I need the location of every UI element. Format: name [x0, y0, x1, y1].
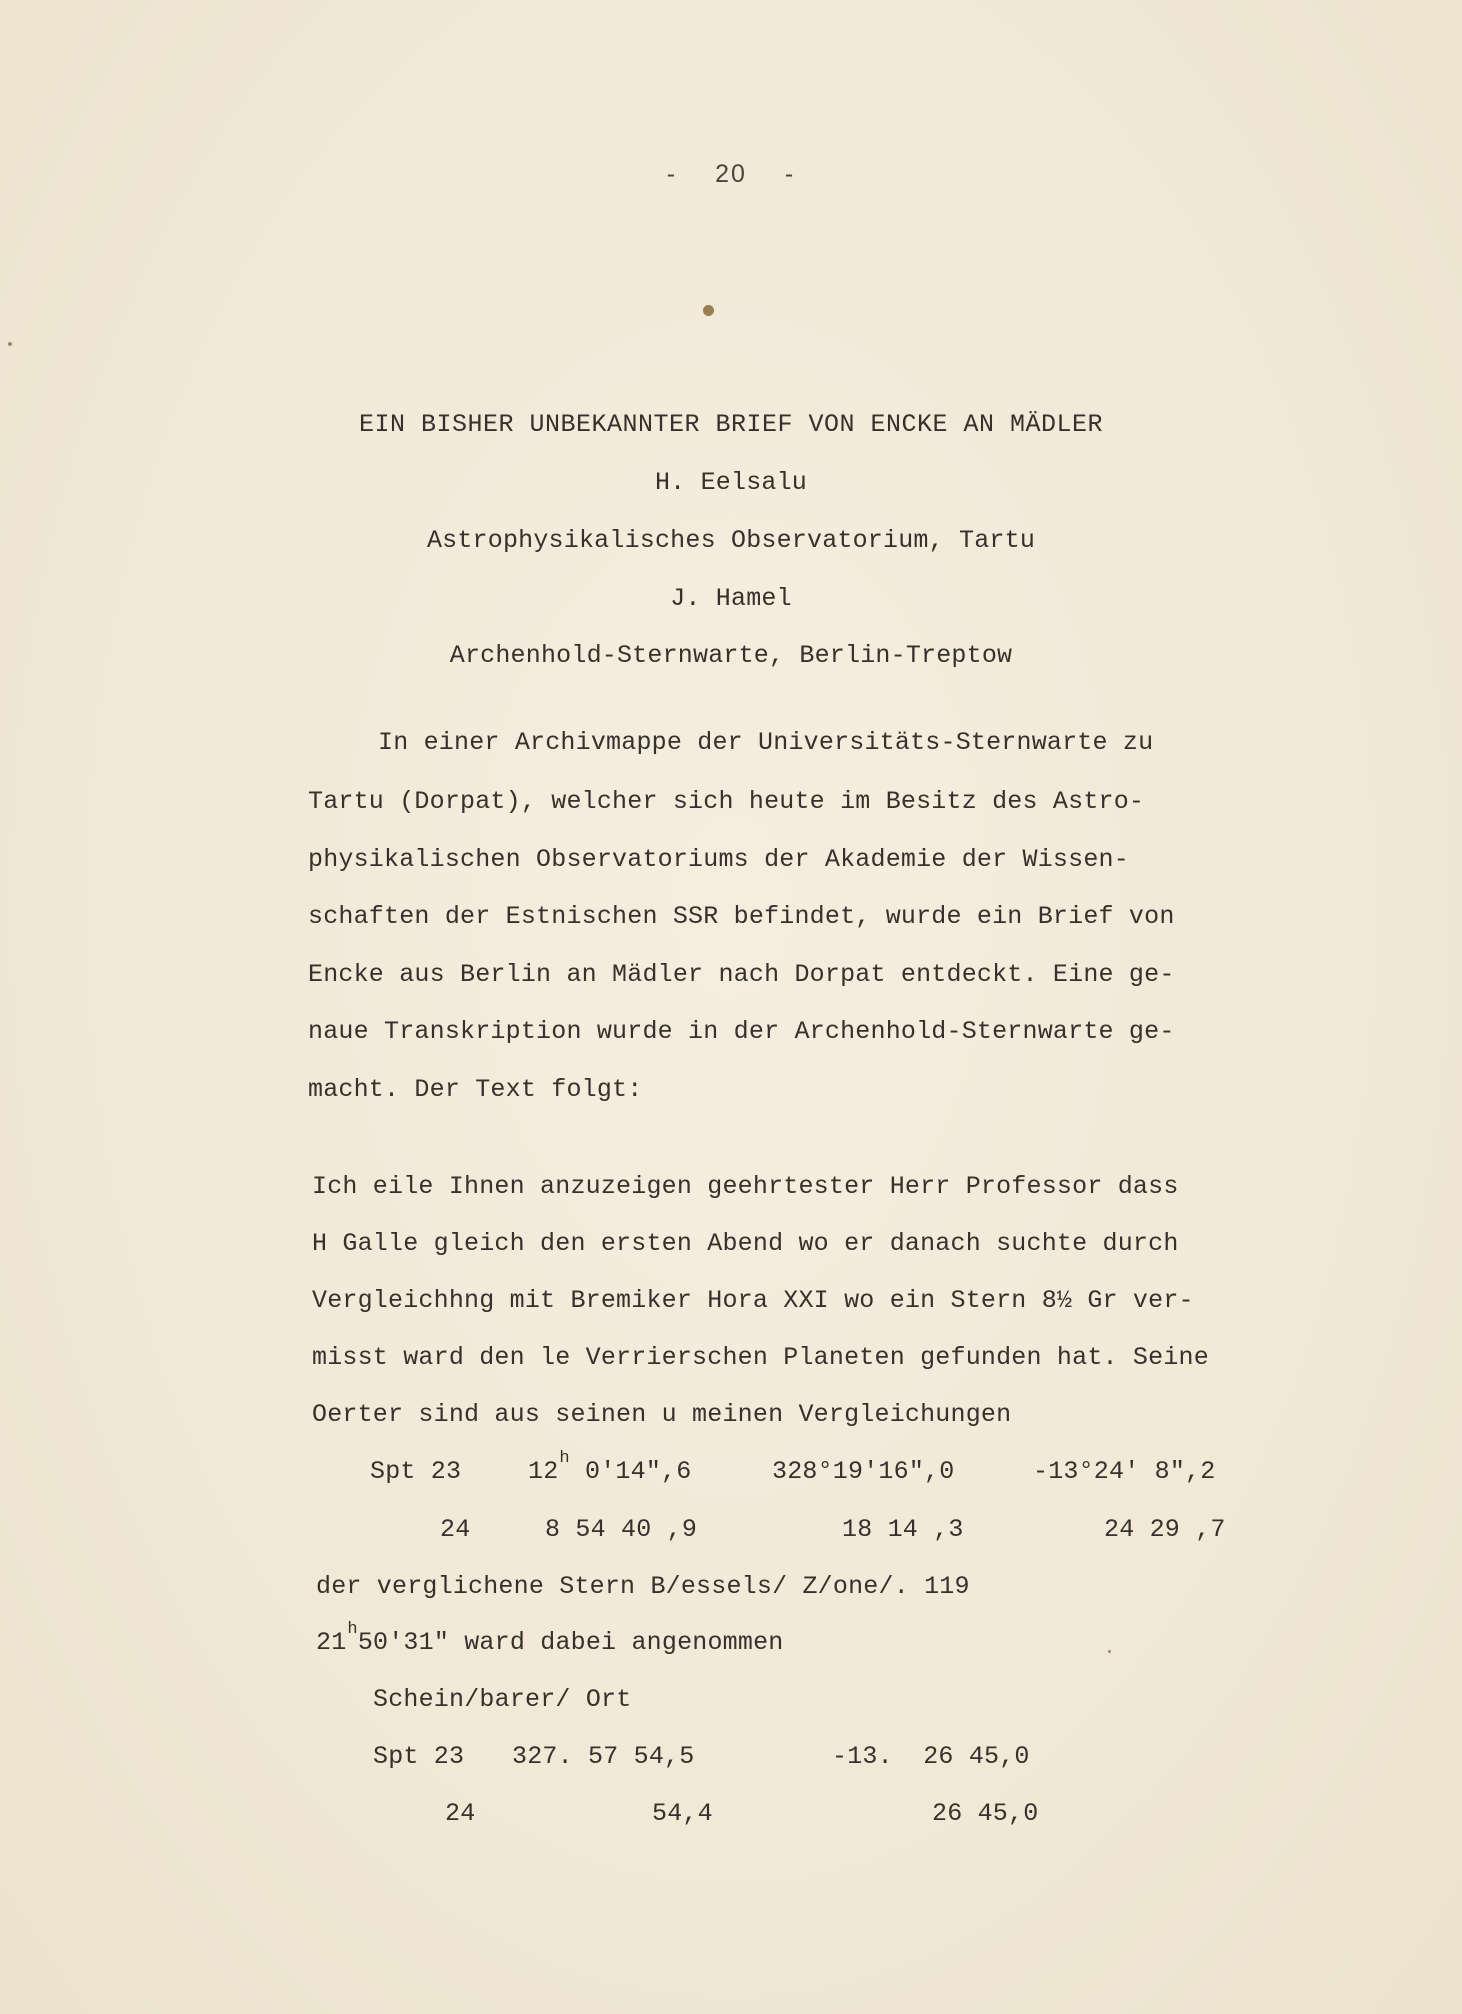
row-date: 24 — [440, 1515, 470, 1544]
letter-line: Ich eile Ihnen anzuzeigen geehrtester He… — [312, 1172, 1179, 1201]
row-longitude: 328°19'16",0 — [772, 1457, 954, 1486]
author-2-affiliation: Archenhold-Sternwarte, Berlin-Treptow — [0, 641, 1462, 670]
author-1-affiliation: Astrophysikalisches Observatorium, Tartu — [0, 526, 1462, 555]
ra-minutes-seconds: 0'14",6 — [570, 1457, 692, 1486]
row-longitude: 327. 57 54,5 — [512, 1742, 694, 1771]
article-title: EIN BISHER UNBEKANNTER BRIEF VON ENCKE A… — [0, 410, 1462, 439]
page-number-dash-right: - — [785, 160, 795, 189]
row-date: Spt 23 — [370, 1457, 461, 1486]
assumed-hours: 21 — [316, 1628, 346, 1657]
letter-line: H Galle gleich den ersten Abend wo er da… — [312, 1229, 1179, 1258]
row-longitude: 18 14 ,3 — [842, 1515, 964, 1544]
apparent-place-label: Schein/barer/ Ort — [373, 1685, 631, 1714]
row-ra: 8 54 40 ,9 — [545, 1515, 697, 1544]
page-number-value: 20 — [715, 160, 747, 188]
comparison-star-line: der verglichene Stern B/essels/ Z/one/. … — [316, 1572, 970, 1601]
paper-speck — [1108, 1650, 1111, 1653]
letter-line: Oerter sind aus seinen u meinen Vergleic… — [312, 1400, 1011, 1429]
paper-speck — [8, 342, 12, 346]
intro-line: In einer Archivmappe der Universitäts-St… — [378, 728, 1153, 757]
intro-line: Tartu (Dorpat), welcher sich heute im Be… — [308, 787, 1144, 816]
page-number-dash-left: - — [667, 160, 677, 189]
row-date: Spt 23 — [373, 1742, 464, 1771]
ra-hours: 12 — [528, 1457, 558, 1486]
row-latitude: 24 29 ,7 — [1104, 1515, 1226, 1544]
author-1-name: H. Eelsalu — [0, 468, 1462, 497]
document-page: -20- EIN BISHER UNBEKANNTER BRIEF VON EN… — [0, 0, 1462, 2014]
row-ra: 12h 0'14",6 — [528, 1457, 691, 1486]
row-latitude: -13°24' 8",2 — [1033, 1457, 1215, 1486]
hours-superscript: h — [559, 1449, 569, 1468]
intro-line: naue Transkription wurde in der Archenho… — [308, 1017, 1175, 1046]
row-longitude: 54,4 — [652, 1799, 713, 1828]
intro-line: schaften der Estnischen SSR befindet, wu… — [308, 902, 1175, 931]
assumed-position-line: 21h50'31" ward dabei angenommen — [316, 1628, 783, 1657]
row-date: 24 — [445, 1799, 475, 1828]
intro-line: physikalischen Observatoriums der Akadem… — [308, 845, 1129, 874]
intro-line: macht. Der Text folgt: — [308, 1075, 642, 1104]
row-latitude: -13. 26 45,0 — [832, 1742, 1030, 1771]
letter-line: misst ward den le Verrierschen Planeten … — [312, 1343, 1209, 1372]
ink-spot — [703, 305, 714, 316]
letter-line: Vergleichhng mit Bremiker Hora XXI wo ei… — [312, 1286, 1194, 1315]
intro-line: Encke aus Berlin an Mädler nach Dorpat e… — [308, 960, 1175, 989]
author-2-name: J. Hamel — [0, 584, 1462, 613]
row-latitude: 26 45,0 — [932, 1799, 1038, 1828]
hours-superscript: h — [347, 1620, 357, 1639]
page-number: -20- — [0, 160, 1462, 189]
assumed-rest: 50'31" ward dabei angenommen — [358, 1628, 784, 1657]
